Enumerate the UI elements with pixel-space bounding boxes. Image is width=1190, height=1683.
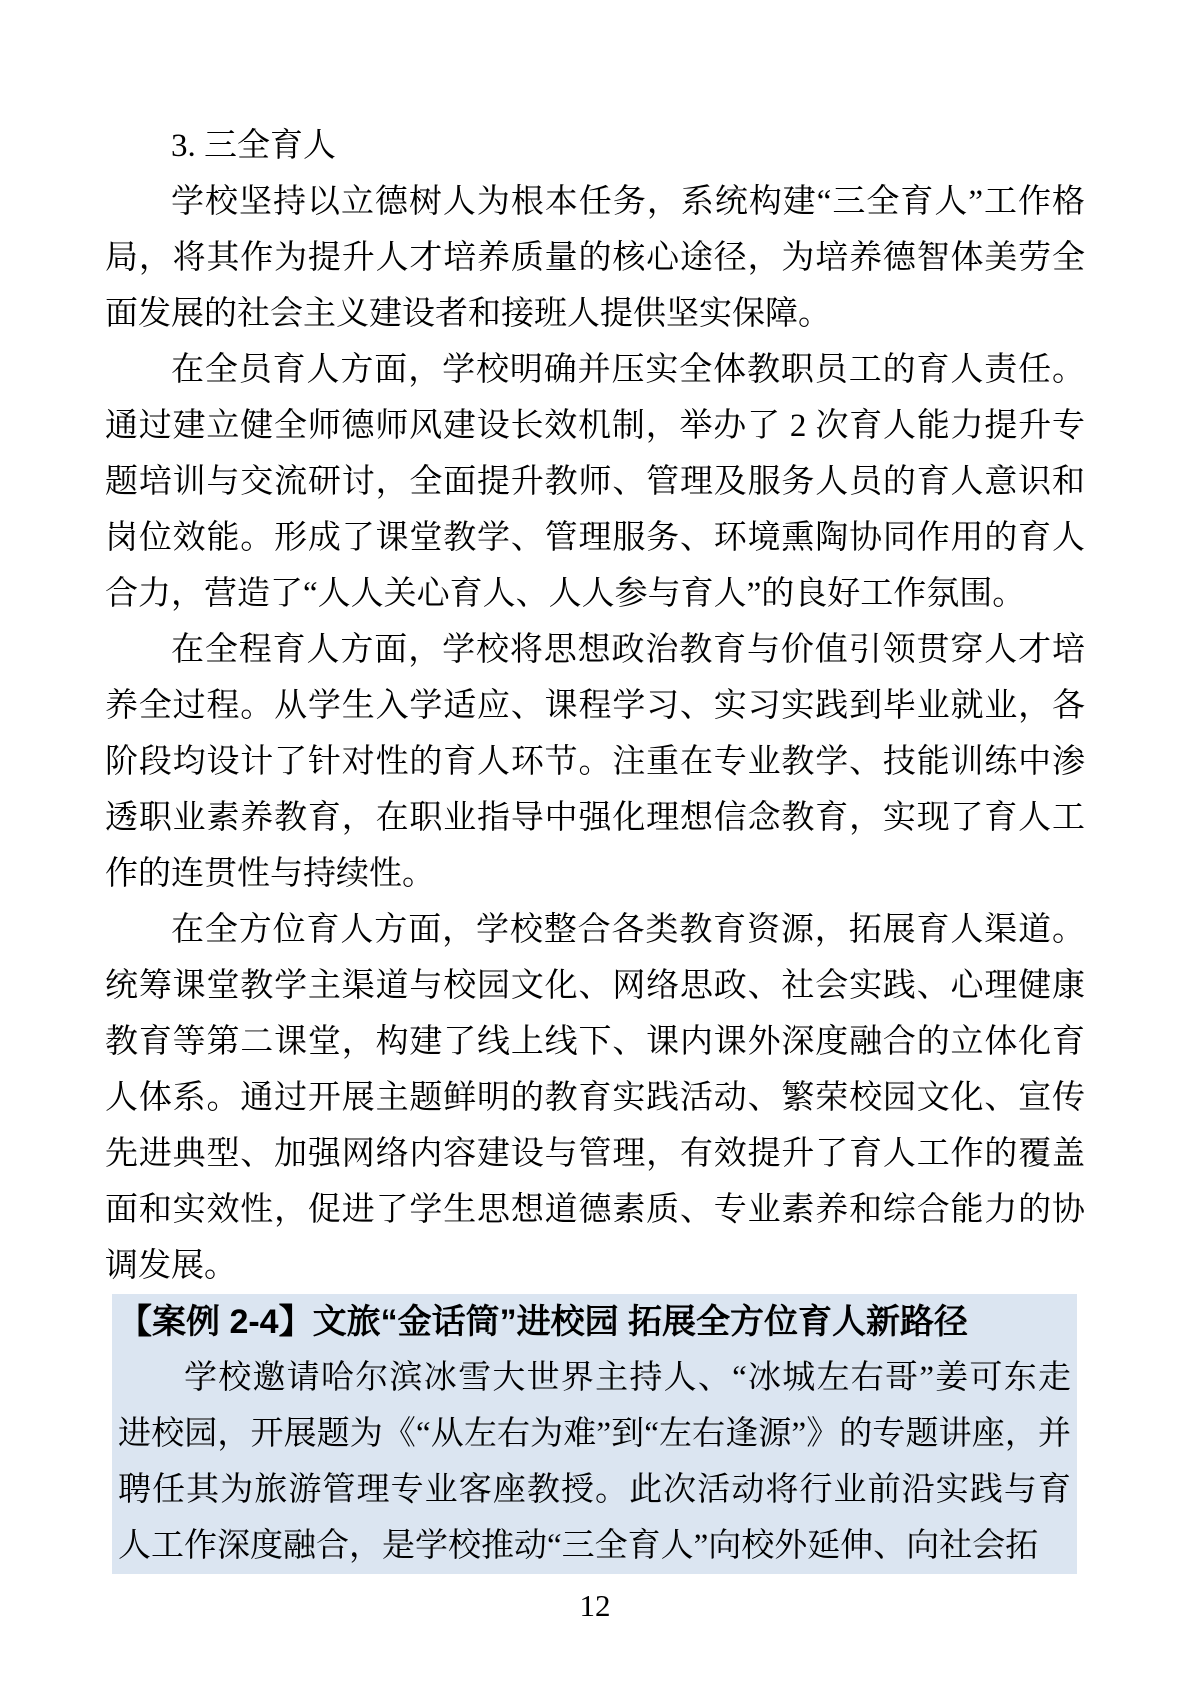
- document-content: 3. 三全育人 学校坚持以立德树人为根本任务，系统构建“三全育人”工作格局，将其…: [0, 0, 1190, 1574]
- paragraph: 在全方位育人方面，学校整合各类教育资源，拓展育人渠道。统筹课堂教学主渠道与校园文…: [105, 902, 1085, 1294]
- case-body: 学校邀请哈尔滨冰雪大世界主持人、“冰城左右哥”姜可东走进校园，开展题为《“从左右…: [118, 1350, 1071, 1574]
- paragraph: 在全程育人方面，学校将思想政治教育与价值引领贯穿人才培养全过程。从学生入学适应、…: [105, 622, 1085, 902]
- document-page: 3. 三全育人 学校坚持以立德树人为根本任务，系统构建“三全育人”工作格局，将其…: [0, 0, 1190, 1683]
- section-heading: 3. 三全育人: [105, 118, 1085, 174]
- case-heading: 【案例 2-4】文旅“金话筒”进校园 拓展全方位育人新路径: [118, 1294, 1071, 1350]
- page-number: 12: [0, 1586, 1190, 1626]
- paragraph: 学校坚持以立德树人为根本任务，系统构建“三全育人”工作格局，将其作为提升人才培养…: [105, 174, 1085, 342]
- case-highlight-block: 【案例 2-4】文旅“金话筒”进校园 拓展全方位育人新路径 学校邀请哈尔滨冰雪大…: [112, 1294, 1077, 1574]
- paragraph: 在全员育人方面，学校明确并压实全体教职员工的育人责任。通过建立健全师德师风建设长…: [105, 342, 1085, 622]
